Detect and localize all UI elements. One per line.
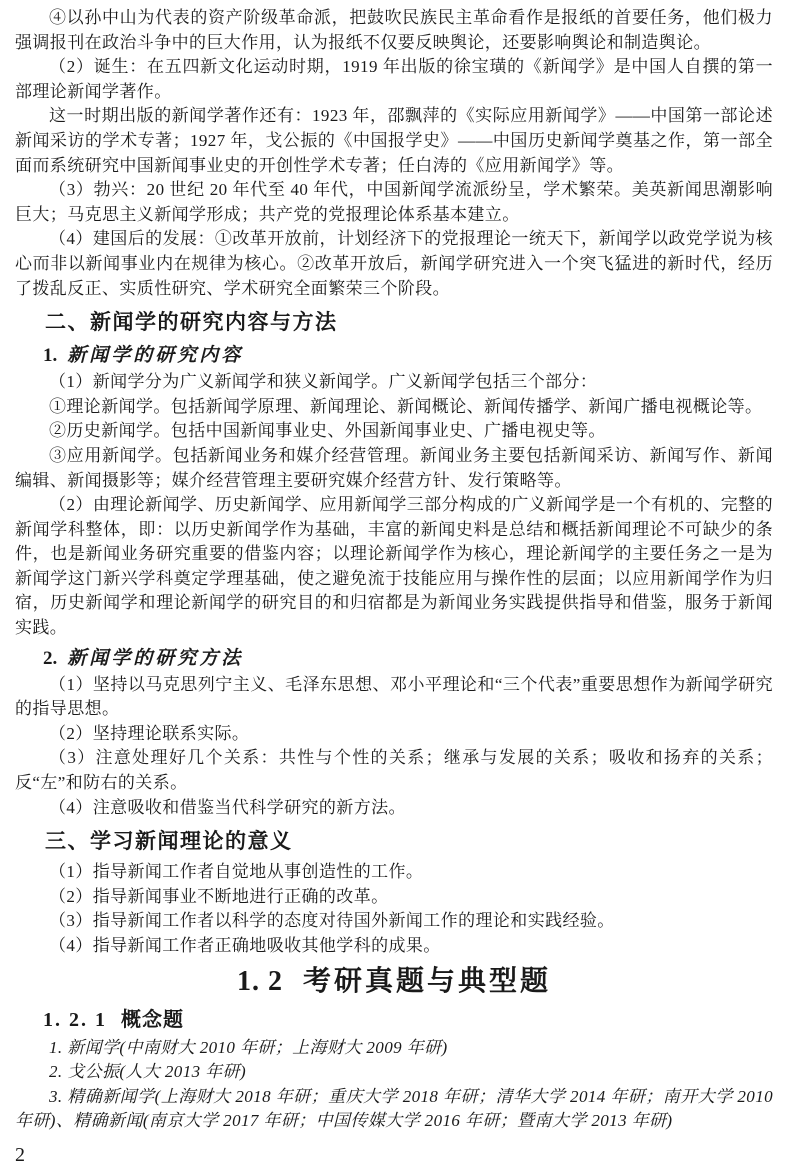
paragraph-early-works: 这一时期出版的新闻学著作还有：1923 年，邵飘萍的《实际应用新闻学》——中国第…	[15, 104, 773, 178]
paragraph-significance-other-disciplines: （4）指导新闻工作者正确地吸收其他学科的成果。	[15, 934, 773, 959]
concept-item-precision-journalism: 3. 精确新闻学(上海财大 2018 年研；重庆大学 2018 年研；清华大学 …	[15, 1085, 773, 1134]
paragraph-post-founding: （4）建国后的发展：①改革开放前，计划经济下的党报理论一统天下，新闻学以政党学说…	[15, 227, 773, 301]
subsection-title-text: 概念题	[121, 1009, 184, 1031]
subsection-number: 1. 2. 1	[43, 1009, 107, 1031]
paragraph-significance-reform: （2）指导新闻事业不断地进行正确的改革。	[15, 885, 773, 910]
subsection-title: 新闻学的研究方法	[67, 648, 243, 669]
paragraph-method-guiding-thought: （1）坚持以马克思列宁主义、毛泽东思想、邓小平理论和“三个代表”重要思想作为新闻…	[15, 673, 773, 722]
paragraph-significance-creative-work: （1）指导新闻工作者自觉地从事创造性的工作。	[15, 860, 773, 885]
paragraph-three-parts-whole: （2）由理论新闻学、历史新闻学、应用新闻学三部分构成的广义新闻学是一个有机的、完…	[15, 493, 773, 641]
paragraph-significance-foreign-experience: （3）指导新闻工作者以科学的态度对待国外新闻工作的理论和实践经验。	[15, 909, 773, 934]
paragraph-broad-narrow: （1）新闻学分为广义新闻学和狭义新闻学。广义新闻学包括三个部分：	[15, 370, 773, 395]
paragraph-method-relations: （3）注意处理好几个关系：共性与个性的关系；继承与发展的关系；吸收和扬弃的关系；…	[15, 746, 773, 795]
paragraph-sun-zhongshan: ④以孙中山为代表的资产阶级革命派，把鼓吹民族民主革命看作是报纸的首要任务，他们极…	[15, 6, 773, 55]
subsection-number: 2.	[43, 648, 57, 669]
subsection-heading-concept-questions: 1. 2. 1概念题	[43, 1006, 773, 1034]
document-page: ④以孙中山为代表的资产阶级革命派，把鼓吹民族民主革命看作是报纸的首要任务，他们极…	[0, 0, 790, 1166]
section-heading-significance: 三、学习新闻理论的意义	[45, 827, 773, 857]
concept-item-journalism: 1. 新闻学(中南财大 2010 年研；上海财大 2009 年研)	[15, 1036, 773, 1061]
paragraph-historical-journalism: ②历史新闻学。包括中国新闻事业史、外国新闻事业史、广播电视史等。	[15, 419, 773, 444]
paragraph-method-theory-practice: （2）坚持理论联系实际。	[15, 722, 773, 747]
subsection-number: 1.	[43, 345, 57, 366]
paragraph-flourish-1920s: （3）勃兴：20 世纪 20 年代至 40 年代，中国新闻学流派纷呈，学术繁荣。…	[15, 178, 773, 227]
chapter-title-text: 考研真题与典型题	[303, 965, 551, 996]
section-heading-research-content-methods: 二、新闻学的研究内容与方法	[45, 308, 773, 338]
paragraph-applied-journalism: ③应用新闻学。包括新闻业务和媒介经营管理。新闻业务主要包括新闻采访、新闻写作、新…	[15, 444, 773, 493]
page-number: 2	[15, 1143, 773, 1166]
paragraph-method-new-approaches: （4）注意吸收和借鉴当代科学研究的新方法。	[15, 796, 773, 821]
concept-item-ge-gongzhen: 2. 戈公振(人大 2013 年研)	[15, 1060, 773, 1085]
paragraph-theoretical-journalism: ①理论新闻学。包括新闻学原理、新闻理论、新闻概论、新闻传播学、新闻广播电视概论等…	[15, 395, 773, 420]
chapter-number: 1. 2	[237, 966, 283, 997]
subsection-title: 新闻学的研究内容	[67, 345, 243, 366]
subsection-heading-research-methods: 2.新闻学的研究方法	[43, 645, 773, 673]
subsection-heading-research-content: 1.新闻学的研究内容	[43, 342, 773, 370]
paragraph-birth-1919: （2）诞生：在五四新文化运动时期，1919 年出版的徐宝璜的《新闻学》是中国人自…	[15, 55, 773, 104]
chapter-heading-exam-questions: 1. 2考研真题与典型题	[15, 962, 773, 1001]
